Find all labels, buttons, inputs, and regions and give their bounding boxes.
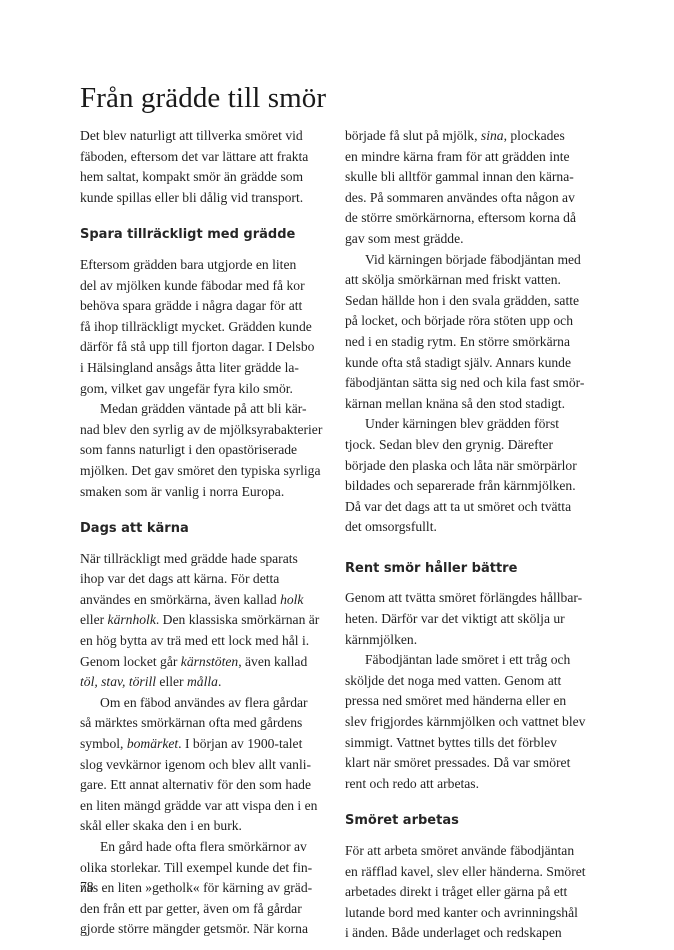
section-heading-dags: Dags att kärna <box>80 519 342 540</box>
text-line: på locket, och började röra stöten upp o… <box>345 311 607 332</box>
text-line: Genom att tvätta smöret förlängdes hållb… <box>345 588 607 609</box>
text-line: fäboden, eftersom det var lättare att fr… <box>80 147 342 168</box>
text-line: Sedan hällde hon i den svala grädden, sa… <box>345 291 607 312</box>
text-span: . <box>218 674 221 689</box>
text-line: en mindre kärna fram för att grädden int… <box>345 147 607 168</box>
text-line: Vid kärningen började fäbodjäntan med <box>345 250 607 271</box>
left-column: Det blev naturligt att tillverka smöret … <box>80 126 342 940</box>
text-line: den från ett par getter, även om få gård… <box>80 899 342 920</box>
text-line: det omsorgsfullt. <box>345 517 607 538</box>
text-line: nas en liten »getholk« för kärning av gr… <box>80 878 342 899</box>
text-span: , även kallad <box>238 654 307 669</box>
text-line: simmigt. Vattnet byttes tills det förble… <box>345 733 607 754</box>
text-line: Eftersom grädden bara utgjorde en liten <box>80 255 342 276</box>
text-line: töl, stav, törill eller målla. <box>80 672 342 693</box>
italic-term: töl, stav, törill <box>80 674 156 689</box>
text-line: gom, vilket gav ungefär fyra kilo smör. <box>80 379 342 400</box>
paragraph: Medan grädden väntade på att bli kär- na… <box>80 399 342 502</box>
text-line: de större smörkärnorna, eftersom korna d… <box>345 208 607 229</box>
text-line: tjock. Sedan blev den grynig. Därefter <box>345 435 607 456</box>
text-line: eller kärnholk. Den klassiska smörkärnan… <box>80 610 342 631</box>
section-heading-smoret-arbetas: Smöret arbetas <box>345 811 607 832</box>
page-number: 78 <box>80 879 94 895</box>
paragraph: När tillräckligt med grädde hade sparats… <box>80 549 342 693</box>
text-span: symbol, <box>80 736 127 751</box>
text-line: slog vevkärnor igenom och blev allt vanl… <box>80 755 342 776</box>
paragraph: Genom att tvätta smöret förlängdes hållb… <box>345 588 607 650</box>
section-heading-spara: Spara tillräckligt med grädde <box>80 225 342 246</box>
text-line: hem saltat, kompakt smör än grädde som <box>80 167 342 188</box>
paragraph: För att arbeta smöret använde fäbodjänta… <box>345 841 607 944</box>
italic-term: målla <box>187 674 218 689</box>
text-line: kunde spillas eller bli dålig vid transp… <box>80 188 342 209</box>
text-line: rent och redo att arbetas. <box>345 774 607 795</box>
paragraph: Vid kärningen började fäbodjäntan med at… <box>345 250 607 415</box>
text-line: smaken som är vanlig i norra Europa. <box>80 482 342 503</box>
text-span: , plockades <box>504 128 565 143</box>
text-line: Fäbodjäntan lade smöret i ett tråg och <box>345 650 607 671</box>
text-line: Det blev naturligt att tillverka smöret … <box>80 126 342 147</box>
text-line: i änden. Både underlaget och redskapen <box>345 923 607 944</box>
text-line: des. På sommaren användes ofta någon av <box>345 188 607 209</box>
text-line: nad blev den syrlig av de mjölksyrabakte… <box>80 420 342 441</box>
text-line: klart när smöret pressades. Då var smöre… <box>345 753 607 774</box>
text-line: Under kärningen blev grädden först <box>345 414 607 435</box>
italic-term: kärnholk <box>108 612 156 627</box>
text-line: ihop var det dags att kärna. För detta <box>80 569 342 590</box>
text-line: lutande bord med kanter och avrinningshå… <box>345 903 607 924</box>
text-span: . I början av 1900-talet <box>178 736 302 751</box>
italic-term: holk <box>280 592 303 607</box>
text-line: en liten mängd grädde var att vispa den … <box>80 796 342 817</box>
paragraph: Om en fäbod användes av flera gårdar så … <box>80 693 342 837</box>
text-line: så märktes smörkärnan ofta med gårdens <box>80 713 342 734</box>
text-line: Om en fäbod användes av flera gårdar <box>80 693 342 714</box>
paragraph: Eftersom grädden bara utgjorde en liten … <box>80 255 342 399</box>
text-line: Medan grädden väntade på att bli kär- <box>80 399 342 420</box>
page-title: Från grädde till smör <box>80 82 326 115</box>
book-page: Från grädde till smör Det blev naturligt… <box>0 0 674 950</box>
italic-term: bomärket <box>127 736 178 751</box>
text-line: få ihop tillräckligt mycket. Grädden kun… <box>80 317 342 338</box>
text-line: Då var det dags att ta ut smöret och tvä… <box>345 497 607 518</box>
italic-term: sina <box>481 128 504 143</box>
text-line: fäbodjäntan sätta sig ned och kila fast … <box>345 373 607 394</box>
text-line: gav som mest grädde. <box>345 229 607 250</box>
text-line: skulle bli alltför gammal innan den kärn… <box>345 167 607 188</box>
text-line: sköljde det noga med vatten. Genom att <box>345 671 607 692</box>
text-line: skål eller skaka den i en burk. <box>80 816 342 837</box>
text-line: började den plaska och låta när smörpärl… <box>345 456 607 477</box>
text-line: symbol, bomärket. I början av 1900-talet <box>80 734 342 755</box>
text-line: För att arbeta smöret använde fäbodjänta… <box>345 841 607 862</box>
intro-paragraph: Det blev naturligt att tillverka smöret … <box>80 126 342 208</box>
text-span: Genom locket går <box>80 654 181 669</box>
text-line: del av mjölken kunde fäbodar med få kor <box>80 276 342 297</box>
paragraph: Fäbodjäntan lade smöret i ett tråg och s… <box>345 650 607 794</box>
text-line: kärnan mellan knäna så den stod stadigt. <box>345 394 607 415</box>
text-line: bildades och separerade från kärnmjölken… <box>345 476 607 497</box>
text-line: heten. Därför var det viktigt att skölja… <box>345 609 607 630</box>
text-span: användes en smörkärna, även kallad <box>80 592 280 607</box>
paragraph: Under kärningen blev grädden först tjock… <box>345 414 607 538</box>
text-span: eller <box>80 612 108 627</box>
text-line: användes en smörkärna, även kallad holk <box>80 590 342 611</box>
paragraph: En gård hade ofta flera smörkärnor av ol… <box>80 837 342 940</box>
text-line: kärnmjölken. <box>345 630 607 651</box>
text-line: som fanns naturligt i den opastöriserade <box>80 440 342 461</box>
paragraph: började få slut på mjölk, sina, plockade… <box>345 126 607 250</box>
italic-term: kärnstöten <box>181 654 238 669</box>
text-line: gare. Ett annat alternativ för den som h… <box>80 775 342 796</box>
text-line: arbetades direkt i tråget eller gärna på… <box>345 882 607 903</box>
text-line: därför få stå upp till fjorton dagar. I … <box>80 337 342 358</box>
text-line: ned i en stadig rytm. En större smörkärn… <box>345 332 607 353</box>
text-span: . Den klassiska smörkärnan är <box>156 612 319 627</box>
text-line: i Hälsingland ansågs åtta liter grädde l… <box>80 358 342 379</box>
text-line: började få slut på mjölk, sina, plockade… <box>345 126 607 147</box>
text-line: olika storlekar. Till exempel kunde det … <box>80 858 342 879</box>
text-line: en räfflad kavel, slev eller händerna. S… <box>345 862 607 883</box>
text-line: En gård hade ofta flera smörkärnor av <box>80 837 342 858</box>
right-column: började få slut på mjölk, sina, plockade… <box>345 126 607 944</box>
text-span: började få slut på mjölk, <box>345 128 481 143</box>
text-line: slev frigjordes kärnmjölken och vattnet … <box>345 712 607 733</box>
text-line: en hög bytta av trä med ett lock med hål… <box>80 631 342 652</box>
text-line: Genom locket går kärnstöten, även kallad <box>80 652 342 673</box>
text-line: behöva spara grädde i några dagar för at… <box>80 296 342 317</box>
text-line: mjölken. Det gav smöret den typiska syrl… <box>80 461 342 482</box>
text-line: pressa ned smöret med händerna eller en <box>345 691 607 712</box>
text-line: När tillräckligt med grädde hade sparats <box>80 549 342 570</box>
text-span: eller <box>156 674 187 689</box>
text-line: att skölja smörkärnan med friskt vatten. <box>345 270 607 291</box>
section-heading-rent: Rent smör håller bättre <box>345 559 607 580</box>
text-line: kunde ofta stå stadigt själv. Annars kun… <box>345 353 607 374</box>
text-line: gjorde större mängder getsmör. När korna <box>80 919 342 940</box>
